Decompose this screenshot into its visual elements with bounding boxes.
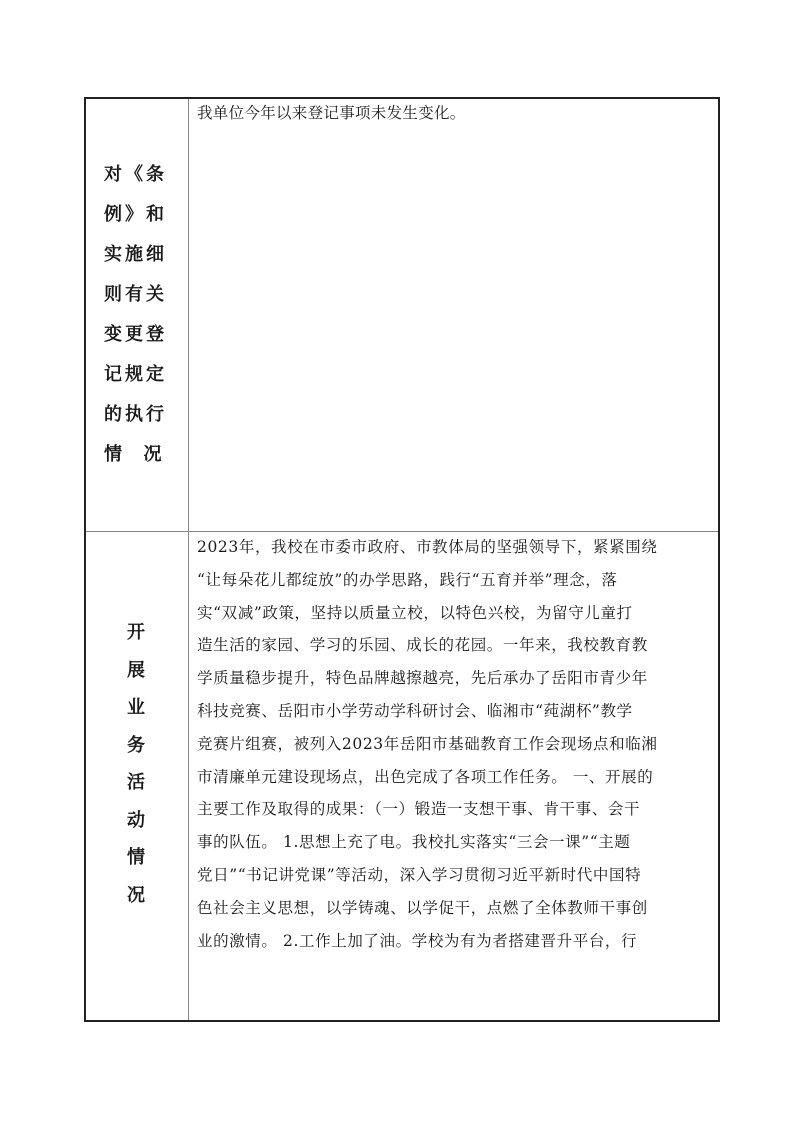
text-line: 事的队伍。 1.思想上充了电。我校扎实落实“三会一课”“主题: [197, 826, 708, 859]
business-activities-text: 2023年，我校在市委市政府、市教体局的坚强领导下，紧紧围绕 “让每朵花儿都绽放…: [197, 531, 708, 957]
text-line: 2023年，我校在市委市政府、市教体局的坚强领导下，紧紧围绕: [197, 531, 708, 564]
text-line: 业的激情。 2.工作上加了油。学校为有为者搭建晋升平台，行: [197, 925, 708, 958]
label-cell-business-activities: 开 展 业 务 活 动 情 况: [86, 532, 189, 1020]
registration-report-table: 对《条 例》和 实施细 则有关 变更登 记规定 的执行 情 况 我单位今年以来登…: [84, 97, 720, 1022]
label-line: 情 况: [104, 435, 167, 475]
table-row-business-activities: 开 展 业 务 活 动 情 况 2023年，我校在市委市政府、市教体局的坚强领导…: [86, 532, 718, 1020]
label-char: 情: [124, 839, 148, 877]
registration-changes-text: 我单位今年以来登记事项未发生变化。: [197, 97, 708, 129]
label-char: 动: [124, 802, 148, 840]
label-line: 记规定: [104, 355, 167, 395]
text-line: 主要工作及取得的成果：（一）锻造一支想干事、肯干事、会干: [197, 793, 708, 826]
label-char: 开: [124, 614, 148, 652]
label-line: 实施细: [104, 235, 167, 275]
label-char: 况: [124, 877, 148, 915]
text-line: 科技竞赛、岳阳市小学劳动学科研讨会、临湘市“莼湖杯”教学: [197, 695, 708, 728]
label-char: 活: [124, 764, 148, 802]
label-cell-registration-changes: 对《条 例》和 实施细 则有关 变更登 记规定 的执行 情 况: [86, 99, 189, 531]
row-label-business-activities: 开 展 业 务 活 动 情 况: [124, 614, 148, 914]
row-label-registration-changes: 对《条 例》和 实施细 则有关 变更登 记规定 的执行 情 况: [104, 155, 167, 475]
content-cell-registration-changes: 我单位今年以来登记事项未发生变化。: [189, 99, 718, 531]
text-line: 学质量稳步提升，特色品牌越擦越亮，先后承办了岳阳市青少年: [197, 662, 708, 695]
table-row-registration-changes: 对《条 例》和 实施细 则有关 变更登 记规定 的执行 情 况 我单位今年以来登…: [86, 99, 718, 532]
label-line: 变更登: [104, 315, 167, 355]
text-line: 色社会主义思想，以学铸魂、以学促干，点燃了全体教师干事创: [197, 892, 708, 925]
text-line: 实“双减”政策，坚持以质量立校，以特色兴校，为留守儿童打: [197, 597, 708, 630]
label-char: 展: [124, 652, 148, 690]
label-line: 则有关: [104, 275, 167, 315]
label-line: 对《条: [104, 155, 167, 195]
text-line: 竞赛片组赛，被列入2023年岳阳市基础教育工作会现场点和临湘: [197, 728, 708, 761]
content-cell-business-activities: 2023年，我校在市委市政府、市教体局的坚强领导下，紧紧围绕 “让每朵花儿都绽放…: [189, 532, 718, 1020]
text-line: “让每朵花儿都绽放”的办学思路，践行“五育并举”理念，落: [197, 564, 708, 597]
text-line: 市清廉单元建设现场点，出色完成了各项工作任务。 一、开展的: [197, 761, 708, 794]
label-char: 务: [124, 727, 148, 765]
text-line: 造生活的家园、学习的乐园、成长的花园。一年来，我校教育教: [197, 629, 708, 662]
text-line: 党日”“书记讲党课”等活动，深入学习贯彻习近平新时代中国特: [197, 859, 708, 892]
label-char: 业: [124, 689, 148, 727]
label-line: 例》和: [104, 195, 167, 235]
label-line: 的执行: [104, 395, 167, 435]
